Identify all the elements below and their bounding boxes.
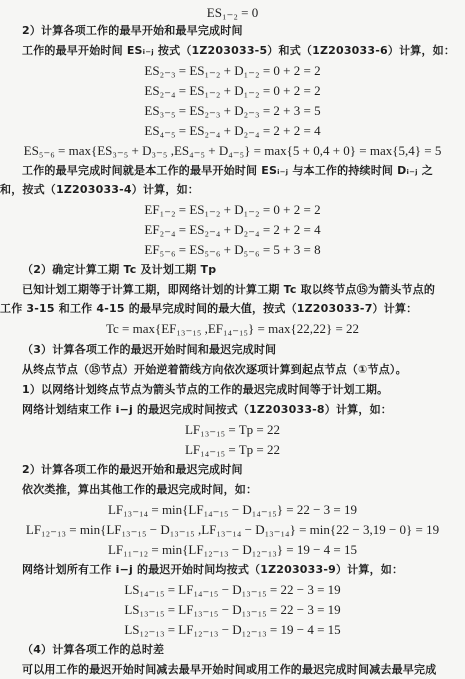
text-line: 1）以网络计划终点节点为箭头节点的工作的最迟完成时间等于计划工期。 (22, 380, 465, 400)
equation-line: LF₁₁₋₁₂ = min{LF₁₂₋₁₃ − D₁₂₋₁₃} = 19 − 4… (0, 540, 465, 560)
equation-line: LS₁₄₋₁₅ = LF₁₄₋₁₅ − D₁₃₋₁₅ = 22 − 3 = 19 (0, 580, 465, 600)
text-line: 依次类推，算出其他工作的最迟完成时间，如： (22, 480, 465, 500)
equation-line: LF₁₃₋₁₄ = min{LF₁₄₋₁₅ − D₁₄₋₁₅} = 22 − 3… (0, 500, 465, 520)
text-line: 已知计划工期等于计算工期，即网络计划的计算工期 Tc 取以终节点⑮为箭头节点的 (22, 280, 465, 300)
text-line: 2）计算各项工作的最早开始和最早完成时间 (22, 21, 465, 41)
equation-line: LS₁₃₋₁₅ = LF₁₃₋₁₅ − D₁₃₋₁₅ = 22 − 3 = 19 (0, 600, 465, 620)
equation-line: ES₃₋₅ = ES₂₋₃ + D₂₋₃ = 2 + 3 = 5 (0, 101, 465, 121)
equation-line: EF₅₋₆ = ES₅₋₆ + D₅₋₆ = 5 + 3 = 8 (0, 240, 465, 260)
text-line: （2）确定计算工期 Tc 及计划工期 Tp (22, 260, 465, 280)
equation-line: EF₁₋₂ = ES₁₋₂ + D₁₋₂ = 0 + 2 = 2 (0, 200, 465, 220)
equation-line: ES₂₋₄ = ES₁₋₂ + D₁₋₂ = 0 + 2 = 2 (0, 81, 465, 101)
equation-line: ES₁₋₂ = 0 (0, 3, 465, 23)
equation-line: LF₁₃₋₁₅ = Tp = 22 (0, 420, 465, 440)
text-line: 工作的最早开始时间 ESᵢ₋ⱼ 按式（1Z203033-5）和式（1Z20303… (22, 41, 465, 61)
text-line: 网络计划结束工作 i−j 的最迟完成时间按式（1Z203033-8）计算，如： (22, 400, 465, 420)
equation-line: Tc = max{EF₁₃₋₁₅ ,EF₁₄₋₁₅} = max{22,22} … (0, 319, 465, 339)
equation-line: LF₁₂₋₁₃ = min{LF₁₃₋₁₅ − D₁₃₋₁₅ ,LF₁₃₋₁₄ … (0, 520, 465, 540)
text-line: 从终点节点（⑮节点）开始逆着箭线方向依次逐项计算到起点节点（①节点）。 (22, 360, 465, 380)
text-line: （3）计算各项工作的最迟开始时间和最迟完成时间 (22, 340, 465, 360)
equation-line: EF₂₋₄ = ES₂₋₄ + D₂₋₄ = 2 + 2 = 4 (0, 220, 465, 240)
text-line: 可以用工作的最迟开始时间减去最早开始时间或用工作的最迟完成时间减去最早完成 (22, 660, 465, 679)
text-line: 工作的最早完成时间就是本工作的最早开始时间 ESᵢ₋ⱼ 与本工作的持续时间 Dᵢ… (22, 161, 465, 181)
equation-line: ES₅₋₆ = max{ES₃₋₅ + D₃₋₅ ,ES₄₋₅ + D₄₋₅} … (0, 141, 465, 161)
equation-line: LF₁₄₋₁₅ = Tp = 22 (0, 440, 465, 460)
text-line: （4）计算各项工作的总时差 (22, 640, 465, 660)
text-line: 网络计划所有工作 i−j 的最迟开始时间均按式（1Z203033-9）计算，如： (22, 560, 465, 580)
text-line: 和，按式（1Z203033-4）计算，如： (0, 180, 465, 200)
equation-line: LS₁₂₋₁₃ = LF₁₂₋₁₃ − D₁₂₋₁₃ = 19 − 4 = 15 (0, 620, 465, 640)
text-line: 工作 3-15 和工作 4-15 的最早完成时间的最大值，按式（1Z203033… (0, 299, 465, 319)
document-page: ES₁₋₂ = 02）计算各项工作的最早开始和最早完成时间工作的最早开始时间 E… (0, 0, 465, 679)
equation-line: ES₂₋₃ = ES₁₋₂ + D₁₋₂ = 0 + 2 = 2 (0, 61, 465, 81)
equation-line: ES₄₋₅ = ES₂₋₄ + D₂₋₄ = 2 + 2 = 4 (0, 121, 465, 141)
text-line: 2）计算各项工作的最迟开始和最迟完成时间 (22, 460, 465, 480)
